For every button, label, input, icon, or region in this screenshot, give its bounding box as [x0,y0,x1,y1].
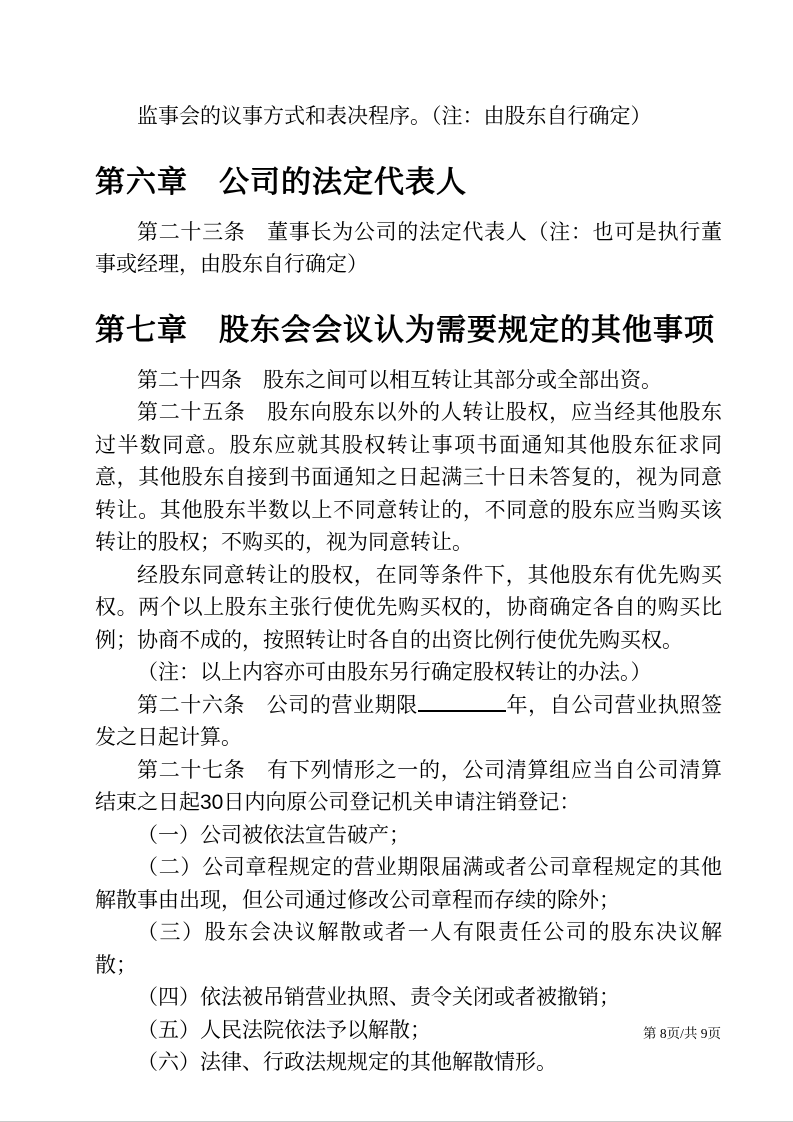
article-26-text-before-blank: 第二十六条 公司的营业期限 [137,694,418,717]
paragraph-article-25-note: （注：以上内容亦可由股东另行确定股权转让的办法。） [95,657,722,690]
list-item-dissolution-2: （二）公司章程规定的营业期限届满或者公司章程规定的其他解散事由出现，但公司通过修… [95,852,722,917]
paragraph-article-23: 第二十三条 董事长为公司的法定代表人（注：也可是执行董事或经理，由股东自行确定） [95,217,722,282]
list-item-dissolution-6: （六）法律、行政法规规定的其他解散情形。 [95,1047,722,1080]
fill-in-blank-underline [418,692,506,712]
paragraph-article-27: 第二十七条 有下列情形之一的，公司清算组应当自公司清算结束之日起30日内向原公司… [95,755,722,820]
paragraph-article-25-2: 经股东同意转让的股权，在同等条件下，其他股东有优先购买权。两个以上股东主张行使优… [95,560,722,658]
chapter-7-heading: 第七章 股东会会议认为需要规定的其他事项 [95,309,722,353]
document-body: 监事会的议事方式和表决程序。（注：由股东自行确定） 第六章 公司的法定代表人 第… [95,101,722,1080]
list-item-dissolution-5: （五）人民法院依法予以解散； [95,1015,722,1048]
list-item-dissolution-4: （四）依法被吊销营业执照、责令关闭或者被撤销； [95,982,722,1015]
list-item-dissolution-1: （一）公司被依法宣告破产； [95,820,722,853]
document-page: 监事会的议事方式和表决程序。（注：由股东自行确定） 第六章 公司的法定代表人 第… [0,0,793,1122]
chapter-6-heading: 第六章 公司的法定代表人 [95,161,722,205]
paragraph-article-26: 第二十六条 公司的营业期限年，自公司营业执照签发之日起计算。 [95,690,722,755]
list-item-dissolution-3: （三）股东会决议解散或者一人有限责任公司的股东决议解散； [95,917,722,982]
paragraph-article-24: 第二十四条 股东之间可以相互转让其部分或全部出资。 [95,365,722,398]
paragraph-intro: 监事会的议事方式和表决程序。（注：由股东自行确定） [95,101,722,134]
paragraph-article-25-1: 第二十五条 股东向股东以外的人转让股权，应当经其他股东过半数同意。股东应就其股权… [95,397,722,560]
page-number-indicator: 第 8页/共 9页 [643,1022,721,1042]
